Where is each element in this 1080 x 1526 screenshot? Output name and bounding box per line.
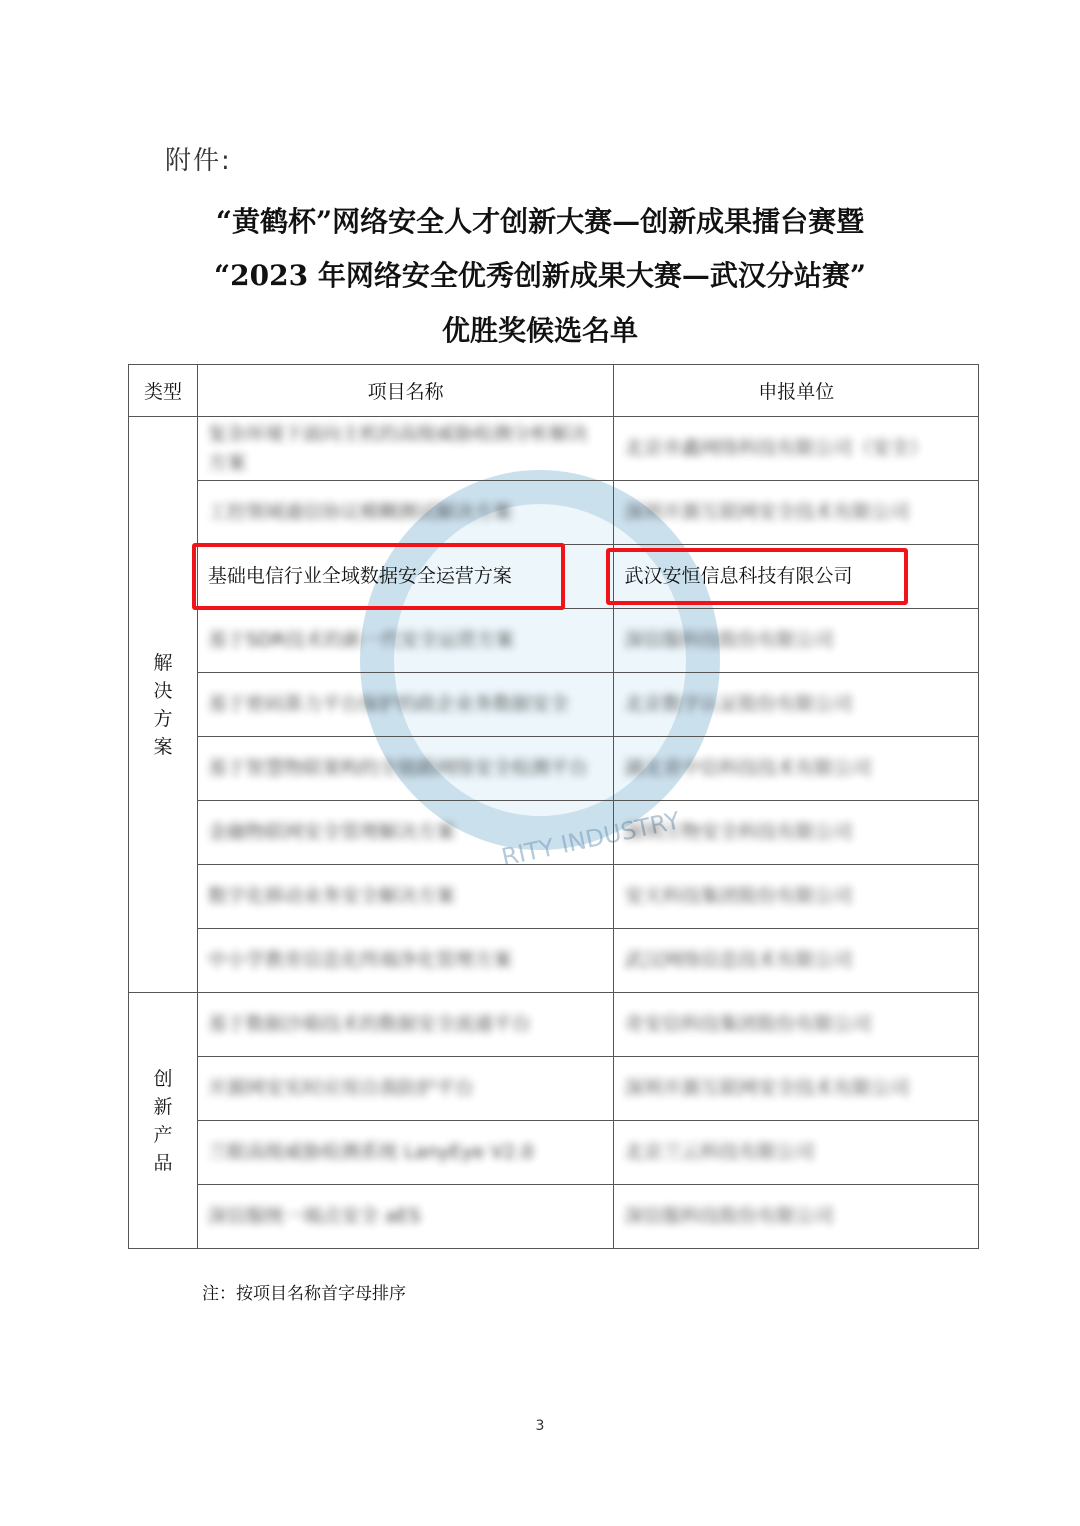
table-row: 兰眼高级威胁检测系统 LanyEye V2.0 北京兰云科技有限公司	[129, 1121, 979, 1185]
project-name: 数字化移动业务安全解决方案	[198, 882, 614, 911]
sorting-note: 注：按项目名称首字母排序	[202, 1279, 406, 1304]
project-name: 基于SDR技术的新一代安全运营方案	[198, 626, 614, 655]
table-row: 开源网安实时应用自我防护平台 深圳开源互联网安全技术有限公司	[129, 1057, 979, 1121]
column-header-applicant: 申报单位	[614, 365, 979, 417]
table-row: 深信服统一端点安全 aES 深信服科技股份有限公司	[129, 1185, 979, 1249]
project-name-cell: 基于数据沙箱技术的数据安全流通平台	[197, 993, 614, 1057]
project-name-cell: 金融物联网安全管理解决方案	[197, 801, 614, 865]
applicant-name: 奇安信科技集团股份有限公司	[614, 1010, 978, 1039]
applicant-name: 深圳开源互联网安全技术有限公司	[614, 1074, 978, 1103]
project-name-cell: 基础电信行业全域数据安全运营方案	[197, 545, 614, 609]
applicant-name-highlighted: 武汉安恒信息科技有限公司	[614, 562, 978, 591]
applicant-name: 湖北省中信科技技术有限公司	[614, 754, 978, 783]
applicant-cell: 奇安信科技集团股份有限公司	[614, 993, 979, 1057]
applicant-name: 北京兰云科技有限公司	[614, 1138, 978, 1167]
page-number: 3	[0, 1418, 1080, 1434]
table-header-row: 类型 项目名称 申报单位	[129, 365, 979, 417]
project-name: 兰眼高级威胁检测系统 LanyEye V2.0	[198, 1138, 614, 1167]
table-row: 基于密码算力平台保护的政企业务数据安全 北京数字认证股份有限公司	[129, 673, 979, 737]
project-name-highlighted: 基础电信行业全域数据安全运营方案	[198, 562, 614, 591]
project-name-cell: 复杂环境下面向主机的高级威胁检测分析解决方案	[197, 417, 614, 481]
table-row: 创 新 产 品 基于数据沙箱技术的数据安全流通平台 奇安信科技集团股份有限公司	[129, 993, 979, 1057]
applicant-name: 北京市鑫网络科技有限公司（安全）	[614, 434, 978, 463]
category-char: 解	[129, 649, 197, 677]
category-char: 方	[129, 705, 197, 733]
category-char: 案	[129, 733, 197, 761]
applicant-cell: 北京数字认证股份有限公司	[614, 673, 979, 737]
title-line-3: 优胜奖候选名单	[0, 309, 1080, 349]
applicant-cell: 深信服科技股份有限公司	[614, 609, 979, 673]
project-name: 金融物联网安全管理解决方案	[198, 818, 614, 847]
table-row: 中小学教育信息化终端净化管理方案 武汉网络信息技术有限公司	[129, 929, 979, 993]
applicant-cell: 武汉安恒信息科技有限公司	[614, 545, 979, 609]
title-line-2: “2023 年网络安全优秀创新成果大赛—武汉分站赛”	[0, 254, 1080, 294]
category-char: 决	[129, 677, 197, 705]
column-header-type: 类型	[129, 365, 198, 417]
applicant-name: 深信服科技股份有限公司	[614, 1202, 978, 1231]
table-row: 数字化移动业务安全解决方案 安天科技集团股份有限公司	[129, 865, 979, 929]
applicant-name: 深圳万物安全科技有限公司	[614, 818, 978, 847]
applicant-cell: 深圳开源互联网安全技术有限公司	[614, 1057, 979, 1121]
applicant-cell: 安天科技集团股份有限公司	[614, 865, 979, 929]
category-char: 品	[129, 1149, 197, 1177]
project-name-cell: 兰眼高级威胁检测系统 LanyEye V2.0	[197, 1121, 614, 1185]
project-name: 中小学教育信息化终端净化管理方案	[198, 946, 614, 975]
attachment-label: 附件:	[165, 140, 232, 177]
category-char: 产	[129, 1121, 197, 1149]
category-char: 创	[129, 1065, 197, 1093]
applicant-cell: 北京市鑫网络科技有限公司（安全）	[614, 417, 979, 481]
project-name: 深信服统一端点安全 aES	[198, 1202, 614, 1231]
table-row-highlighted: 基础电信行业全域数据安全运营方案 武汉安恒信息科技有限公司	[129, 545, 979, 609]
applicant-name: 北京数字认证股份有限公司	[614, 690, 978, 719]
category-char: 新	[129, 1093, 197, 1121]
project-name: 基于密码算力平台保护的政企业务数据安全	[198, 690, 614, 719]
project-name: 开源网安实时应用自我防护平台	[198, 1074, 614, 1103]
table-row: 金融物联网安全管理解决方案 深圳万物安全科技有限公司	[129, 801, 979, 865]
title-line-1: “黄鹤杯”网络安全人才创新大赛—创新成果擂台赛暨	[0, 200, 1080, 240]
applicant-name: 深圳开源互联网安全技术有限公司	[614, 498, 978, 527]
applicant-cell: 深圳开源互联网安全技术有限公司	[614, 481, 979, 545]
applicant-cell: 武汉网络信息技术有限公司	[614, 929, 979, 993]
project-name-cell: 工控领域通信协议模糊测试解决方案	[197, 481, 614, 545]
applicant-name: 深信服科技股份有限公司	[614, 626, 978, 655]
project-name: 复杂环境下面向主机的高级威胁检测分析解决方案	[198, 420, 614, 478]
project-name-cell: 基于SDR技术的新一代安全运营方案	[197, 609, 614, 673]
applicant-name: 武汉网络信息技术有限公司	[614, 946, 978, 975]
project-name-cell: 基于智慧物联架构的全链路网络安全检测平台	[197, 737, 614, 801]
applicant-cell: 深圳万物安全科技有限公司	[614, 801, 979, 865]
applicant-name: 安天科技集团股份有限公司	[614, 882, 978, 911]
applicant-cell: 北京兰云科技有限公司	[614, 1121, 979, 1185]
applicant-cell: 深信服科技股份有限公司	[614, 1185, 979, 1249]
table-row: 基于智慧物联架构的全链路网络安全检测平台 湖北省中信科技技术有限公司	[129, 737, 979, 801]
project-name: 工控领域通信协议模糊测试解决方案	[198, 498, 614, 527]
candidate-table: 类型 项目名称 申报单位 解 决 方 案 复杂环境下面向主机的高级威胁检测分析解…	[128, 364, 979, 1249]
project-name: 基于智慧物联架构的全链路网络安全检测平台	[198, 754, 614, 783]
table-row: 基于SDR技术的新一代安全运营方案 深信服科技股份有限公司	[129, 609, 979, 673]
column-header-project-name: 项目名称	[197, 365, 614, 417]
table-row: 工控领域通信协议模糊测试解决方案 深圳开源互联网安全技术有限公司	[129, 481, 979, 545]
project-name-cell: 开源网安实时应用自我防护平台	[197, 1057, 614, 1121]
project-name-cell: 基于密码算力平台保护的政企业务数据安全	[197, 673, 614, 737]
table-row: 解 决 方 案 复杂环境下面向主机的高级威胁检测分析解决方案 北京市鑫网络科技有…	[129, 417, 979, 481]
project-name-cell: 数字化移动业务安全解决方案	[197, 865, 614, 929]
project-name: 基于数据沙箱技术的数据安全流通平台	[198, 1010, 614, 1039]
project-name-cell: 中小学教育信息化终端净化管理方案	[197, 929, 614, 993]
applicant-cell: 湖北省中信科技技术有限公司	[614, 737, 979, 801]
project-name-cell: 深信服统一端点安全 aES	[197, 1185, 614, 1249]
category-innovative-product: 创 新 产 品	[129, 993, 198, 1249]
category-solution: 解 决 方 案	[129, 417, 198, 993]
